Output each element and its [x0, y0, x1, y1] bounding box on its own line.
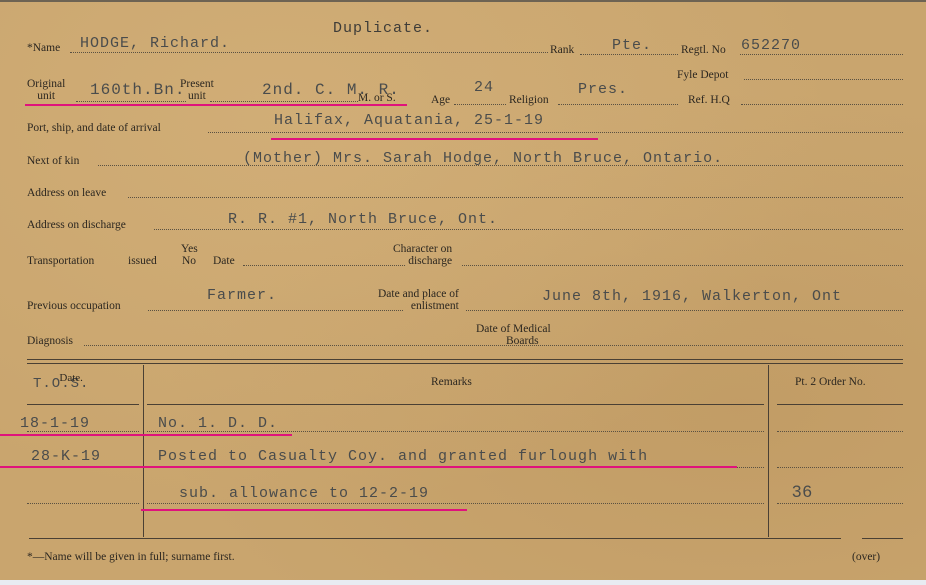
- previous-occupation-value: Farmer.: [207, 288, 277, 304]
- age-line: [454, 104, 506, 105]
- rank-label: Rank: [550, 44, 574, 56]
- address-leave-label: Address on leave: [27, 187, 106, 199]
- footer-note: *—Name will be given in full; surname fi…: [27, 551, 235, 563]
- original-unit-line: [76, 101, 186, 102]
- address-leave-line: [128, 197, 903, 198]
- header-underline-date: [27, 404, 139, 405]
- enlistment-line: [466, 310, 903, 311]
- section-rule-top-2: [27, 363, 903, 364]
- religion-line: [558, 104, 678, 105]
- row-date-line: [27, 431, 139, 432]
- ref-hq-line: [741, 104, 903, 105]
- row-order-line: [777, 503, 903, 504]
- ref-hq-label: Ref. H.Q: [688, 94, 730, 106]
- header-order-no: Pt. 2 Order No.: [795, 376, 866, 388]
- row-order-line: [777, 467, 903, 468]
- rank-line: [580, 54, 678, 55]
- header-date: Date.: [59, 372, 83, 384]
- present-unit-label: Present unit: [180, 78, 214, 102]
- arrival-label: Port, ship, and date of arrival: [27, 122, 161, 134]
- table-divider-1: [143, 365, 144, 537]
- header-underline-remarks: [147, 404, 764, 405]
- row-order-no: 36: [792, 484, 813, 500]
- character-label: Character on discharge: [393, 243, 452, 267]
- enlistment-label: Date and place of enlistment: [378, 288, 459, 312]
- name-value: HODGE, Richard.: [80, 36, 230, 52]
- address-discharge-line: [154, 229, 903, 230]
- original-unit-value: 160th.Bn.: [90, 82, 185, 98]
- regtl-no-label: Regtl. No: [681, 44, 726, 56]
- duplicate-stamp: Duplicate.: [333, 21, 433, 37]
- row-date: 18-1-19: [20, 416, 90, 432]
- present-unit-line: [210, 101, 358, 102]
- section-rule-top: [27, 359, 903, 360]
- age-label: Age: [431, 94, 450, 106]
- present-unit-label-line2: unit: [180, 90, 214, 102]
- highlight-row-2: [0, 466, 737, 468]
- footer-over: (over): [852, 551, 880, 563]
- rank-value: Pte.: [612, 38, 652, 54]
- arrival-value: Halifax, Aquatania, 25-1-19: [274, 113, 544, 129]
- religion-label: Religion: [509, 94, 549, 106]
- original-unit-label: Original unit: [27, 78, 65, 102]
- service-record-card: Duplicate. *Name HODGE, Richard. Rank Pt…: [0, 0, 926, 580]
- header-remarks: Remarks: [431, 376, 472, 388]
- diagnosis-label: Diagnosis: [27, 335, 73, 347]
- present-unit-label-line1: Present: [180, 78, 214, 90]
- character-label-line2: discharge: [393, 255, 452, 267]
- original-unit-label-line2: unit: [27, 90, 65, 102]
- row-date: 28-K-19: [31, 449, 101, 465]
- enlistment-value: June 8th, 1916, Walkerton, Ont: [542, 289, 842, 305]
- row-remarks: Posted to Casualty Coy. and granted furl…: [158, 449, 648, 465]
- regtl-no-line: [740, 54, 903, 55]
- medical-boards-label-line1: Date of Medical: [476, 323, 551, 335]
- transport-date-line: [243, 265, 405, 266]
- fyle-depot-line: [744, 79, 903, 80]
- age-value: 24: [474, 80, 494, 96]
- yes-option: Yes: [181, 243, 198, 255]
- next-of-kin-label: Next of kin: [27, 155, 79, 167]
- previous-occupation-line: [148, 310, 403, 311]
- table-bottom-rule: [29, 538, 370, 539]
- highlight-arrival: [271, 138, 598, 140]
- table-divider-2: [768, 365, 769, 537]
- header-underline-order: [777, 404, 903, 405]
- highlight-row-3: [141, 509, 467, 511]
- character-line: [462, 265, 903, 266]
- medical-boards-label-line2: Boards: [476, 335, 551, 347]
- next-of-kin-value: (Mother) Mrs. Sarah Hodge, North Bruce, …: [243, 151, 723, 167]
- transport-date-label: Date: [213, 255, 235, 267]
- header-tos-date: T.O.S.Date.: [33, 376, 113, 392]
- m-or-s-label: M. or S.: [358, 92, 396, 104]
- highlight-row-1: [0, 434, 292, 436]
- arrival-line: [208, 132, 903, 133]
- name-line: [70, 52, 548, 53]
- medical-boards-label: Date of Medical Boards: [476, 323, 551, 347]
- row-remarks: No. 1. D. D.: [158, 416, 278, 432]
- row-remarks: sub. allowance to 12-2-19: [179, 486, 429, 502]
- original-unit-label-line1: Original: [27, 78, 65, 90]
- row-remarks-line: [147, 503, 764, 504]
- transportation-label: Transportation: [27, 255, 94, 267]
- character-label-line1: Character on: [393, 243, 452, 255]
- name-label: *Name: [27, 42, 60, 54]
- no-option: No: [182, 255, 196, 267]
- row-date-line: [27, 503, 139, 504]
- address-discharge-label: Address on discharge: [27, 219, 126, 231]
- table-bottom-rule-3: [862, 538, 903, 539]
- highlight-units: [25, 104, 407, 106]
- enlistment-label-line2: enlistment: [378, 300, 459, 312]
- enlistment-label-line1: Date and place of: [378, 288, 459, 300]
- row-order-line: [777, 431, 903, 432]
- previous-occupation-label: Previous occupation: [27, 300, 121, 312]
- regtl-no-value: 652270: [741, 38, 801, 54]
- row-remarks-line: [147, 431, 764, 432]
- religion-value: Pres.: [578, 82, 628, 98]
- fyle-depot-label: Fyle Depot: [677, 69, 728, 81]
- address-discharge-value: R. R. #1, North Bruce, Ont.: [228, 212, 498, 228]
- table-bottom-rule-2: [370, 538, 841, 539]
- issued-label: issued: [128, 255, 157, 267]
